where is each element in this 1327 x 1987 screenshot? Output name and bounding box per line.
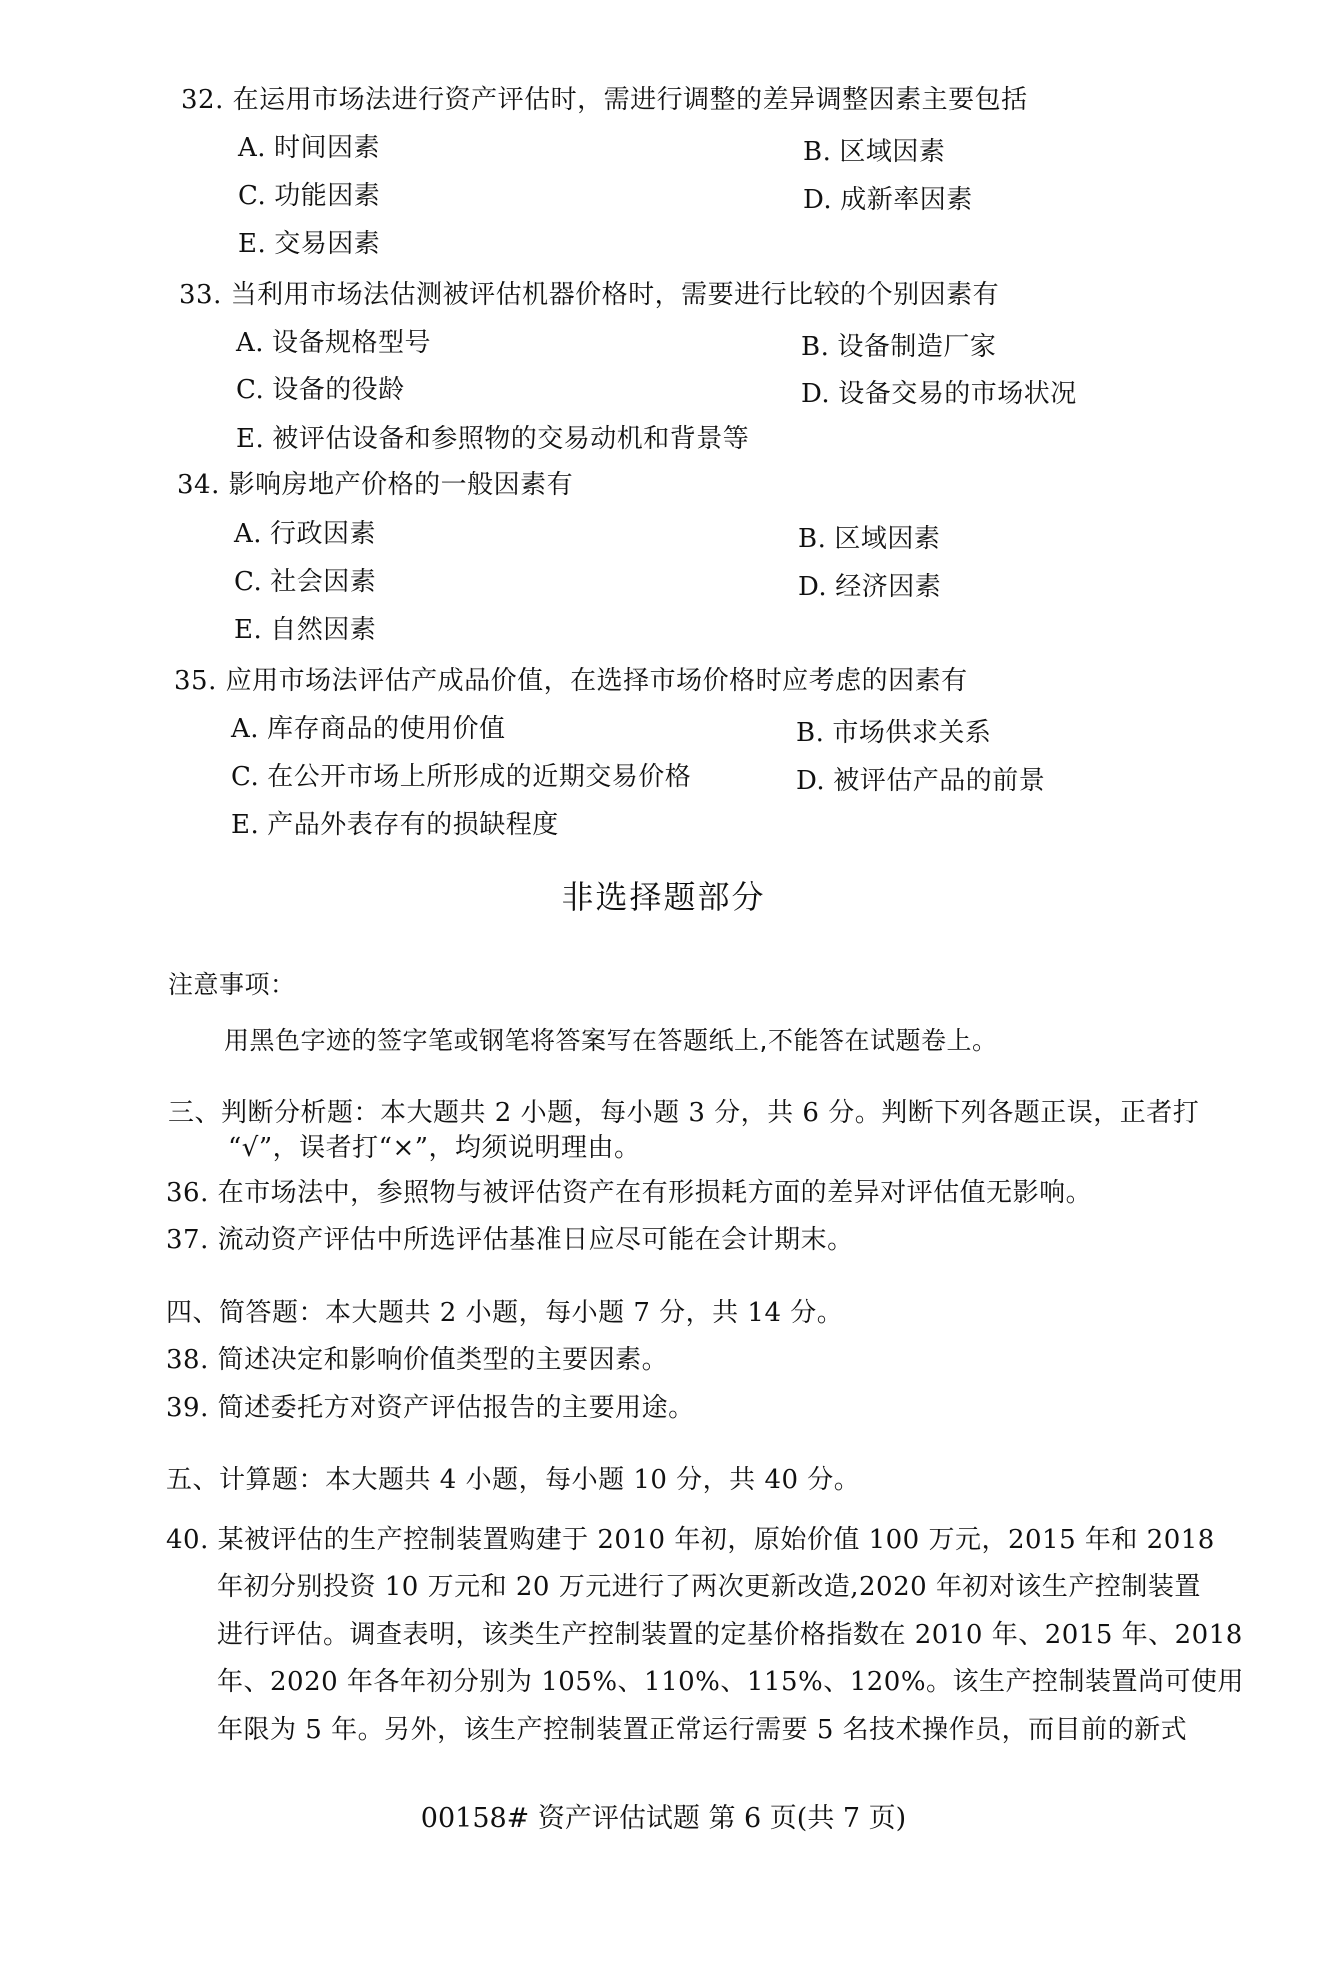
option-text: 产品外表存有的损缺程度 — [267, 810, 559, 840]
section-header-calculation: 五、计算题：本大题共 4 小题，每小题 10 分，共 40 分。 — [166, 1464, 860, 1496]
question-text: 应用市场法评估产成品价值，在选择市场价格时应考虑的因素有 — [226, 666, 968, 696]
option-33-b: B.设备制造厂家 — [801, 331, 996, 363]
option-35-c: C.在公开市场上所形成的近期交易价格 — [231, 761, 691, 793]
option-35-a: A.库存商品的使用价值 — [231, 713, 506, 745]
question-40: 40. 某被评估的生产控制装置购建于 2010 年初，原始价值 100 万元，2… — [166, 1524, 1215, 1556]
option-text: 设备规格型号 — [272, 328, 431, 358]
option-text: 成新率因素 — [840, 185, 973, 215]
page-footer: 00158# 资产评估试题 第 6 页(共 7 页) — [0, 1802, 1327, 1836]
option-label: E. — [231, 809, 259, 841]
option-32-a: A.时间因素 — [238, 132, 380, 164]
question-35: 35. 应用市场法评估产成品价值，在选择市场价格时应考虑的因素有 — [174, 665, 968, 697]
question-39: 39. 简述委托方对资产评估报告的主要用途。 — [166, 1392, 695, 1424]
question-36: 36. 在市场法中，参照物与被评估资产在有形损耗方面的差异对评估值无影响。 — [166, 1177, 1092, 1209]
question-34: 34. 影响房地产价格的一般因素有 — [177, 469, 573, 501]
notice-title: 注意事项： — [168, 969, 296, 1001]
option-label: C. — [236, 374, 264, 406]
option-label: D. — [798, 571, 827, 603]
option-text: 时间因素 — [274, 133, 380, 163]
section-header-judgment: 三、判断分析题：本大题共 2 小题，每小题 3 分，共 6 分。判断下列各题正误… — [168, 1097, 1199, 1129]
question-text: 当利用市场法估测被评估机器价格时，需要进行比较的个别因素有 — [231, 280, 1000, 310]
question-text-line: 某被评估的生产控制装置购建于 2010 年初，原始价值 100 万元，2015 … — [218, 1525, 1215, 1555]
option-34-e: E.自然因素 — [234, 614, 376, 646]
option-label: B. — [798, 523, 826, 555]
question-text: 简述委托方对资产评估报告的主要用途。 — [218, 1393, 695, 1423]
option-label: C. — [234, 566, 262, 598]
option-text: 功能因素 — [274, 181, 380, 211]
question-38: 38. 简述决定和影响价值类型的主要因素。 — [166, 1344, 668, 1376]
question-number: 40. — [166, 1524, 209, 1556]
option-33-a: A.设备规格型号 — [236, 327, 431, 359]
question-number: 37. — [166, 1224, 209, 1256]
option-label: A. — [234, 518, 262, 550]
option-32-e: E.交易因素 — [238, 228, 380, 260]
option-33-c: C.设备的役龄 — [236, 374, 405, 406]
option-label: E. — [234, 614, 262, 646]
option-35-d: D.被评估产品的前景 — [796, 765, 1045, 797]
option-text: 在公开市场上所形成的近期交易价格 — [267, 762, 691, 792]
option-text: 交易因素 — [274, 229, 380, 259]
question-text: 简述决定和影响价值类型的主要因素。 — [218, 1345, 669, 1375]
question-40-line-5: 年限为 5 年。另外，该生产控制装置正常运行需要 5 名技术操作员，而目前的新式 — [217, 1714, 1187, 1746]
option-label: D. — [803, 184, 832, 216]
option-text: 行政因素 — [270, 519, 376, 549]
question-40-line-3: 进行评估。调查表明，该类生产控制装置的定基价格指数在 2010 年、2015 年… — [217, 1619, 1243, 1651]
option-33-d: D.设备交易的市场状况 — [801, 378, 1077, 410]
question-number: 33. — [179, 279, 222, 311]
question-33: 33. 当利用市场法估测被评估机器价格时，需要进行比较的个别因素有 — [179, 279, 999, 311]
question-40-line-2: 年初分别投资 10 万元和 20 万元进行了两次更新改造,2020 年初对该生产… — [217, 1571, 1201, 1603]
section-header-judgment-line2: “√”，误者打“×”，均须说明理由。 — [228, 1132, 641, 1164]
option-34-b: B.区域因素 — [798, 523, 940, 555]
option-34-d: D.经济因素 — [798, 571, 941, 603]
question-number: 39. — [166, 1392, 209, 1424]
option-32-b: B.区域因素 — [803, 136, 945, 168]
notice-body: 用黑色字迹的签字笔或钢笔将答案写在答题纸上,不能答在试题卷上。 — [224, 1025, 997, 1057]
question-32: 32. 在运用市场法进行资产评估时，需进行调整的差异调整因素主要包括 — [181, 84, 1028, 116]
option-34-a: A.行政因素 — [234, 518, 376, 550]
non-choice-section-title: 非选择题部分 — [0, 877, 1327, 917]
question-text: 在市场法中，参照物与被评估资产在有形损耗方面的差异对评估值无影响。 — [218, 1178, 1093, 1208]
option-text: 社会因素 — [270, 567, 376, 597]
question-37: 37. 流动资产评估中所选评估基准日应尽可能在会计期末。 — [166, 1224, 854, 1256]
option-label: B. — [803, 136, 831, 168]
option-35-b: B.市场供求关系 — [796, 717, 991, 749]
question-number: 32. — [181, 84, 224, 116]
option-label: E. — [238, 228, 266, 260]
option-text: 经济因素 — [835, 572, 941, 602]
option-text: 被评估设备和参照物的交易动机和背景等 — [272, 424, 749, 454]
option-text: 设备交易的市场状况 — [838, 379, 1077, 409]
option-label: B. — [796, 717, 824, 749]
option-text: 区域因素 — [834, 524, 940, 554]
option-34-c: C.社会因素 — [234, 566, 376, 598]
option-text: 库存商品的使用价值 — [267, 714, 506, 744]
option-33-e: E.被评估设备和参照物的交易动机和背景等 — [236, 423, 749, 455]
question-number: 38. — [166, 1344, 209, 1376]
question-number: 34. — [177, 469, 220, 501]
question-number: 36. — [166, 1177, 209, 1209]
question-text: 在运用市场法进行资产评估时，需进行调整的差异调整因素主要包括 — [233, 85, 1028, 115]
option-label: D. — [796, 765, 825, 797]
question-40-line-4: 年、2020 年各年初分别为 105%、110%、115%、120%。该生产控制… — [217, 1666, 1244, 1698]
question-number: 35. — [174, 665, 217, 697]
option-35-e: E.产品外表存有的损缺程度 — [231, 809, 559, 841]
option-label: C. — [231, 761, 259, 793]
option-label: A. — [238, 132, 266, 164]
question-text: 流动资产评估中所选评估基准日应尽可能在会计期末。 — [218, 1225, 854, 1255]
option-label: D. — [801, 378, 830, 410]
option-text: 区域因素 — [839, 137, 945, 167]
option-label: A. — [231, 713, 259, 745]
section-header-short-answer: 四、简答题：本大题共 2 小题，每小题 7 分，共 14 分。 — [166, 1297, 843, 1329]
option-32-d: D.成新率因素 — [803, 184, 973, 216]
option-label: C. — [238, 180, 266, 212]
option-text: 市场供求关系 — [832, 718, 991, 748]
option-label: E. — [236, 423, 264, 455]
option-label: A. — [236, 327, 264, 359]
option-label: B. — [801, 331, 829, 363]
option-text: 被评估产品的前景 — [833, 766, 1045, 796]
option-text: 设备的役龄 — [272, 375, 405, 405]
option-32-c: C.功能因素 — [238, 180, 380, 212]
option-text: 自然因素 — [270, 615, 376, 645]
option-text: 设备制造厂家 — [837, 332, 996, 362]
question-text: 影响房地产价格的一般因素有 — [229, 470, 574, 500]
